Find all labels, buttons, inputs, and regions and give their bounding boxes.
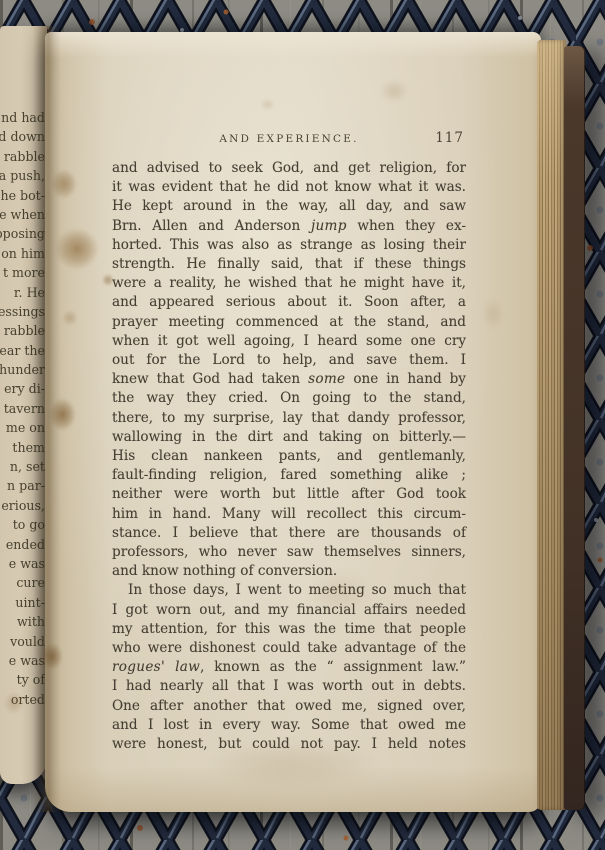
left-page-line-fragment: uint-	[0, 593, 45, 612]
body-line: him in hand. Many will recollect this ci…	[112, 505, 466, 524]
body-line: knew that God had taken some one in hand…	[112, 370, 466, 389]
left-page-line-fragment: on him	[0, 244, 45, 263]
left-page-line-fragment: n, set	[0, 457, 45, 476]
body-line: and advised to seek God, and get religio…	[112, 159, 466, 178]
left-page-line-fragment: me on	[0, 418, 45, 437]
stain-mark	[483, 298, 503, 330]
left-page-line-fragment: nd had	[0, 108, 45, 127]
page-header: AND EXPERIENCE. 117	[112, 130, 466, 152]
body-line: In those days, I went to meeting so much…	[112, 581, 466, 600]
stain-mark	[380, 80, 408, 102]
body-line: stance. I believe that there are thousan…	[112, 524, 466, 543]
left-page-line-fragment: ty of	[0, 670, 45, 689]
body-line: One after another that owed me, signed o…	[112, 697, 466, 716]
body-line: His clean nankeen pants, and gentlemanly…	[112, 447, 466, 466]
left-page-line-fragment: rabble	[0, 321, 45, 340]
body-line: and appeared serious about it. Soon afte…	[112, 293, 466, 312]
left-page-line-fragment: e was	[0, 554, 45, 573]
body-line: the way they cried. On going to the stan…	[112, 389, 466, 408]
left-page-line-fragment: essings	[0, 302, 45, 321]
body-line: it was evident that he did not know what…	[112, 178, 466, 197]
left-page-line-fragment: e rabble	[0, 147, 45, 166]
left-page-line-fragment: e when	[0, 205, 45, 224]
body-line: were a reality, he wished that he might …	[112, 274, 466, 293]
left-page-line-fragment: r. He	[0, 283, 45, 302]
running-title: AND EXPERIENCE.	[112, 133, 466, 145]
body-line: I had nearly all that I was worth out in…	[112, 677, 466, 696]
left-page-line-fragment: cure	[0, 573, 45, 592]
body-line: He kept around in the way, all day, and …	[112, 197, 466, 216]
stain-mark	[55, 228, 99, 270]
body-line: were honest, but could not pay. I held n…	[112, 735, 466, 754]
stain-mark	[49, 398, 76, 431]
left-page-line-fragment: t more	[0, 263, 45, 282]
left-page-line-fragment: d down	[0, 127, 45, 146]
body-line: and know nothing of conversion.	[112, 562, 466, 581]
left-page-line-fragment: with	[0, 612, 45, 631]
left-page-line-fragment: to go	[0, 515, 45, 534]
left-page-line-fragment: ended	[0, 535, 45, 554]
left-page-text-fragments: nd hadd downe rabblea push,he bot-e when…	[0, 108, 45, 709]
left-page-sliver: nd hadd downe rabblea push,he bot-e when…	[0, 26, 47, 784]
book-page: AND EXPERIENCE. 117 and advised to seek …	[45, 32, 541, 812]
left-page-line-fragment: vould	[0, 632, 45, 651]
stain-mark	[51, 169, 77, 199]
left-page-line-fragment: tavern	[0, 399, 45, 418]
left-page-line-fragment: pposing	[0, 224, 45, 243]
stain-mark	[260, 98, 275, 111]
body-line: horted. This was also as strange as losi…	[112, 236, 466, 255]
body-line: strength. He finally said, that if these…	[112, 255, 466, 274]
page-number: 117	[435, 130, 464, 146]
body-line: and I lost in every way. Some that owed …	[112, 716, 466, 735]
body-line: fault-finding religion, fared something …	[112, 466, 466, 485]
left-page-line-fragment: ear the	[0, 341, 45, 360]
page-body-text: and advised to seek God, and get religio…	[112, 159, 466, 754]
left-page-line-fragment: ery di-	[0, 379, 45, 398]
left-page-line-fragment: orted	[0, 690, 45, 709]
body-line: neither were worth but little after God …	[112, 485, 466, 504]
body-line: out for the Lord to help, and save them.…	[112, 351, 466, 370]
body-line: I got worn out, and my financial affairs…	[112, 601, 466, 620]
body-line: Brn. Allen and Anderson jump when they e…	[112, 217, 466, 236]
body-line: when it got well agoing, I heard some on…	[112, 332, 466, 351]
body-line: rogues' law, known as the “ assignment l…	[112, 658, 466, 677]
book-photo: nd hadd downe rabblea push,he bot-e when…	[0, 0, 605, 850]
left-page-line-fragment: hunder	[0, 360, 45, 379]
left-page-line-fragment: he bot-	[0, 186, 45, 205]
left-page-line-fragment: erious,	[0, 496, 45, 515]
body-line: my attention, for this was the time that…	[112, 620, 466, 639]
body-line: professors, who never saw themselves sin…	[112, 543, 466, 562]
left-page-line-fragment: n par-	[0, 476, 45, 495]
stain-mark	[41, 643, 63, 670]
stain-mark	[62, 310, 78, 326]
left-page-line-fragment: them	[0, 438, 45, 457]
body-line: prayer meeting commenced at the stand, a…	[112, 313, 466, 332]
left-page-line-fragment: e was	[0, 651, 45, 670]
left-page-line-fragment: a push,	[0, 166, 45, 185]
book-fore-edge	[537, 40, 566, 810]
book-cover-edge	[564, 46, 585, 810]
body-line: who were dishonest could take advantage …	[112, 639, 466, 658]
body-line: there, to my surprise, lay that dandy pr…	[112, 409, 466, 428]
body-line: wallowing in the dirt and taking on bitt…	[112, 428, 466, 447]
